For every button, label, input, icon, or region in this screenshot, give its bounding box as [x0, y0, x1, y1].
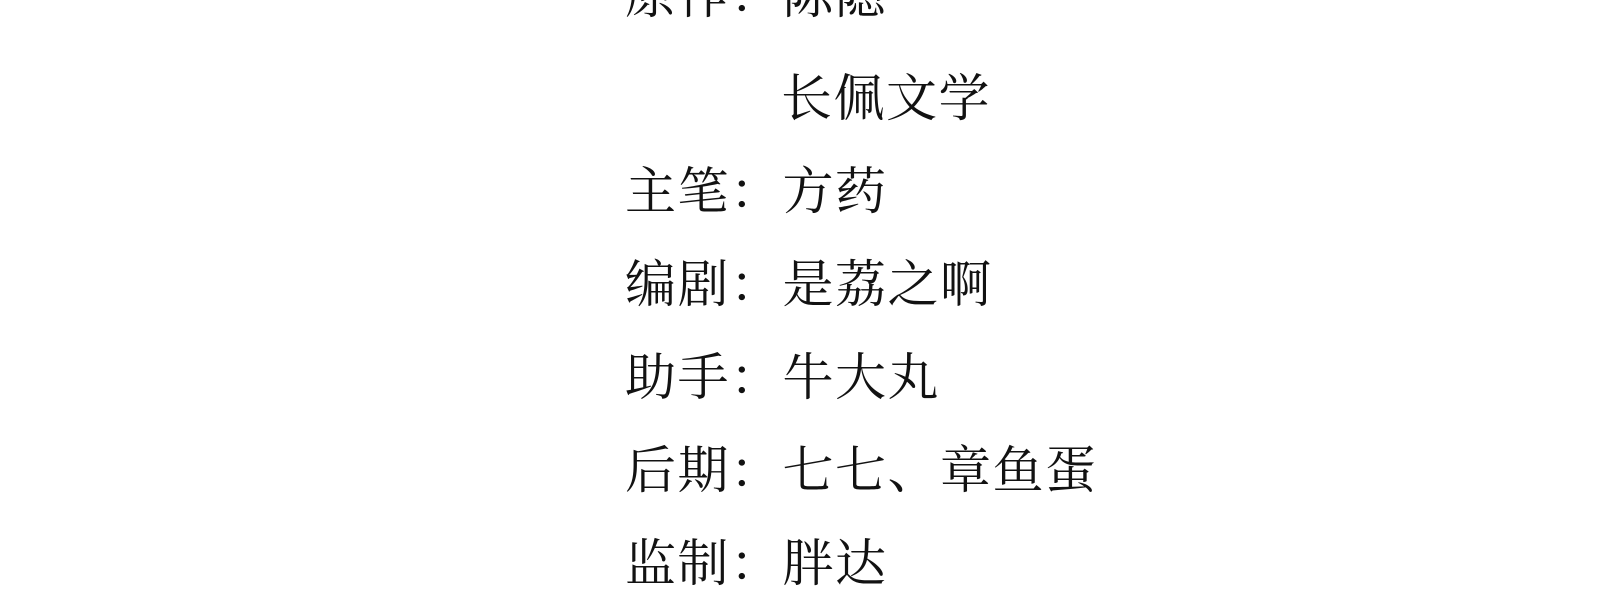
credit-row-lead-artist: 主笔：方药 [625, 168, 888, 218]
credit-value: 长佩文学 [781, 75, 991, 125]
credit-role-label: 监制： [625, 540, 783, 590]
credit-value: 方药 [783, 168, 888, 218]
credit-row-original-author: 原作：陈隐 [625, 0, 888, 22]
credit-row-screenwriter: 编剧：是荔之啊 [625, 261, 993, 311]
credit-row-source-literature: 长佩文学 [781, 75, 991, 125]
credit-role-label: 原作： [625, 0, 783, 22]
credit-row-supervisor: 监制：胖达 [625, 540, 888, 590]
credit-value: 是荔之啊 [783, 261, 993, 311]
credit-value: 七七、章鱼蛋 [783, 447, 1098, 497]
credit-row-post-production: 后期：七七、章鱼蛋 [625, 447, 1098, 497]
credit-value: 牛大丸 [783, 354, 941, 404]
credit-role-label: 主笔： [625, 168, 783, 218]
credit-role-label: 助手： [625, 354, 783, 404]
credit-value: 胖达 [783, 540, 888, 590]
credits-list: 原作：陈隐 长佩文学 主笔：方药 编剧：是荔之啊 助手：牛大丸 后期：七七、章鱼… [625, 0, 1608, 600]
credits-page: 原作：陈隐 长佩文学 主笔：方药 编剧：是荔之啊 助手：牛大丸 后期：七七、章鱼… [0, 0, 1608, 600]
credit-value: 陈隐 [783, 0, 888, 22]
credit-role-label: 编剧： [625, 261, 783, 311]
credit-role-label: 后期： [625, 447, 783, 497]
credit-row-assistant: 助手：牛大丸 [625, 354, 940, 404]
